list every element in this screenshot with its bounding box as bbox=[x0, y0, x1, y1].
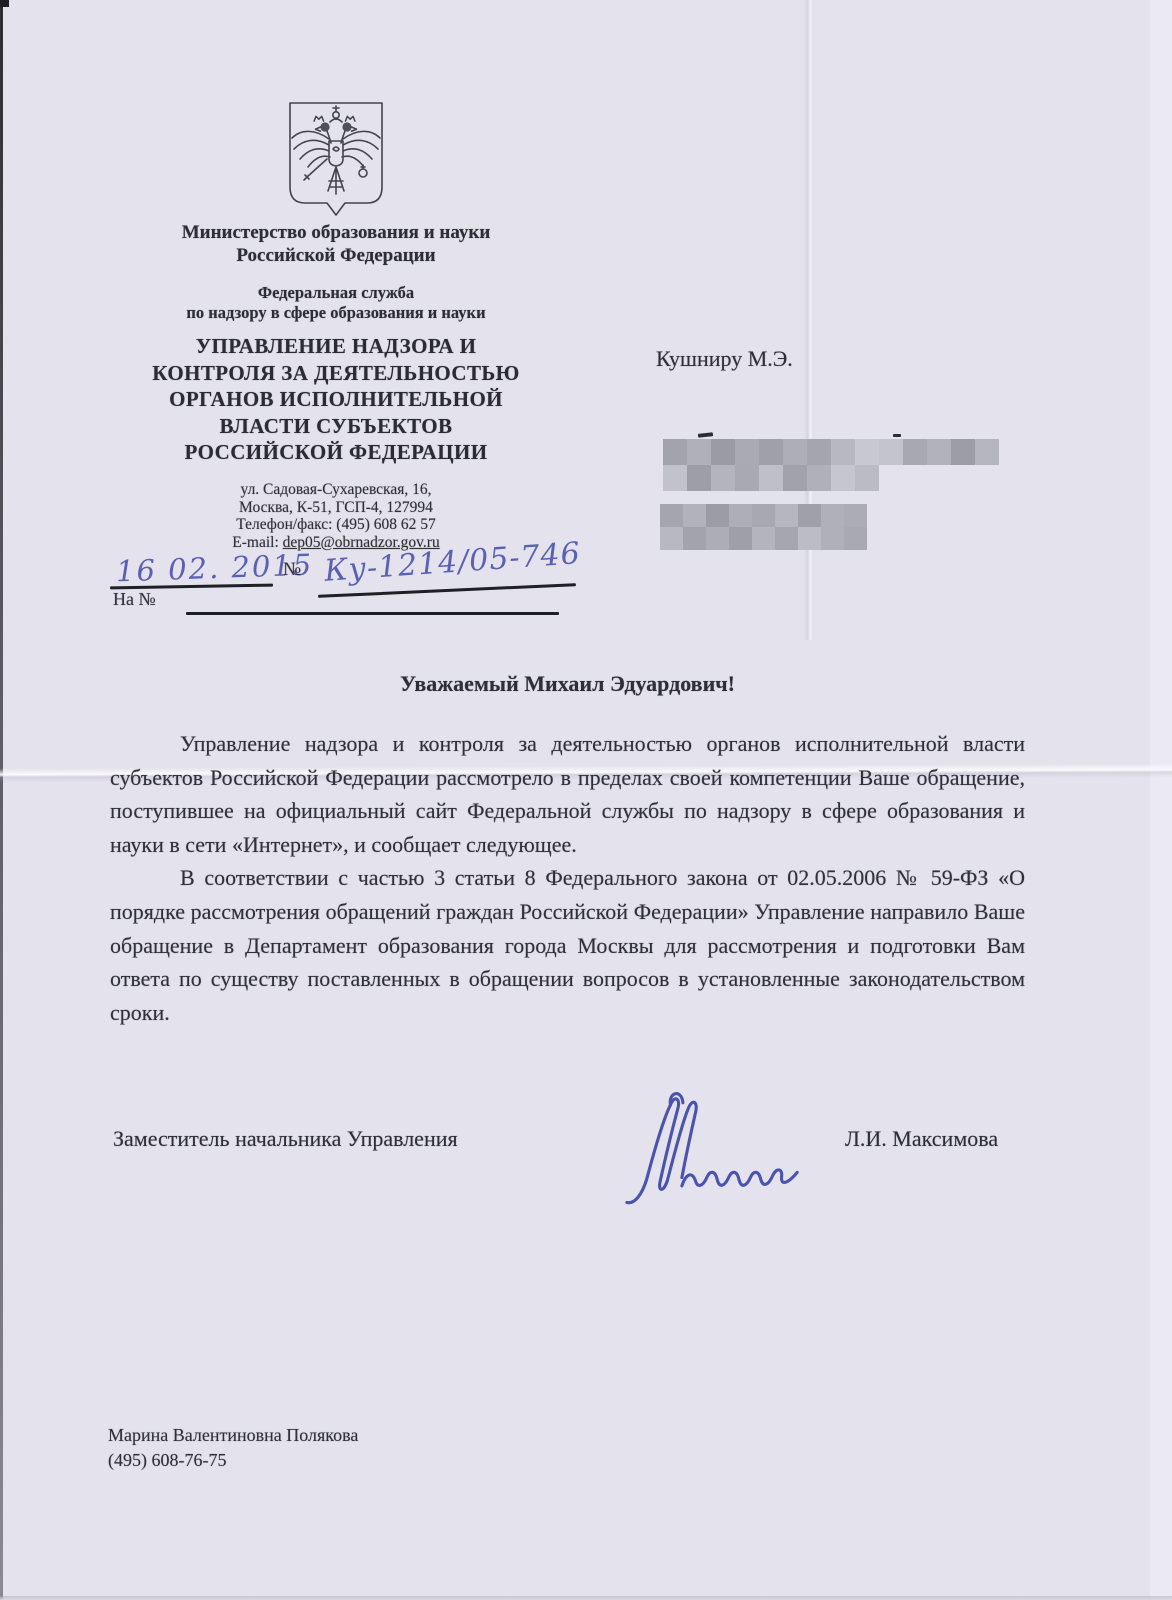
number-sign: № bbox=[283, 559, 301, 581]
executor-contact-block: Марина Валентиновна Полякова (495) 608-7… bbox=[108, 1423, 358, 1473]
federal-service-name: Федеральная служба по надзору в сфере об… bbox=[108, 283, 564, 323]
scanned-letter-page: Министерство образования и науки Российс… bbox=[0, 0, 1172, 1600]
ministry-line-2: Российской Федерации bbox=[108, 244, 564, 267]
service-line-2: по надзору в сфере образования и науки bbox=[108, 303, 564, 323]
handwritten-signature bbox=[612, 1082, 812, 1217]
scan-corner-mark bbox=[0, 0, 9, 7]
redacted-address-block bbox=[663, 439, 999, 491]
division-name: УПРАВЛЕНИЕ НАДЗОРА И КОНТРОЛЯ ЗА ДЕЯТЕЛЬ… bbox=[108, 333, 564, 466]
division-line: РОССИЙСКОЙ ФЕДЕРАЦИИ bbox=[108, 439, 564, 466]
body-paragraph-2: В соответствии с частью 3 статьи 8 Федер… bbox=[110, 861, 1025, 1029]
service-line-1: Федеральная служба bbox=[108, 283, 564, 303]
scan-bottom-edge bbox=[0, 1596, 1172, 1600]
executor-name: Марина Валентиновна Полякова bbox=[108, 1423, 358, 1448]
ministry-name: Министерство образования и науки Российс… bbox=[108, 221, 564, 267]
letterhead-address-block: ул. Садовая-Сухаревская, 16, Москва, К-5… bbox=[108, 481, 564, 551]
reply-to-number-label: На № bbox=[113, 589, 156, 610]
executor-phone: (495) 608-76-75 bbox=[108, 1448, 358, 1473]
redacted-text-fragment bbox=[893, 434, 901, 437]
address-phone: Телефон/факс: (495) 608 62 57 bbox=[108, 516, 564, 534]
recipient-name: Кушниру М.Э. bbox=[656, 346, 793, 372]
scan-right-edge bbox=[1150, 0, 1172, 1600]
signer-title: Заместитель начальника Управления bbox=[113, 1126, 458, 1152]
body-paragraph-1: Управление надзора и контроля за деятель… bbox=[110, 727, 1025, 861]
address-city: Москва, К-51, ГСП-4, 127994 bbox=[108, 499, 564, 517]
ministry-line-1: Министерство образования и науки bbox=[108, 221, 564, 244]
division-line: ВЛАСТИ СУБЪЕКТОВ bbox=[108, 413, 564, 440]
division-line: ОРГАНОВ ИСПОЛНИТЕЛЬНОЙ bbox=[108, 386, 564, 413]
russian-coat-of-arms-icon bbox=[283, 99, 389, 221]
division-line: КОНТРОЛЯ ЗА ДЕЯТЕЛЬНОСТЬЮ bbox=[108, 360, 564, 387]
scan-left-edge bbox=[0, 0, 3, 1600]
letter-body: Управление надзора и контроля за деятель… bbox=[110, 727, 1025, 1029]
signer-name: Л.И. Максимова bbox=[845, 1126, 998, 1152]
division-line: УПРАВЛЕНИЕ НАДЗОРА И bbox=[108, 333, 564, 360]
salutation: Уважаемый Михаил Эдуардович! bbox=[110, 671, 1025, 697]
redacted-text-fragment bbox=[698, 432, 713, 438]
address-street: ул. Садовая-Сухаревская, 16, bbox=[108, 481, 564, 499]
reply-number-rule-line bbox=[186, 612, 559, 615]
redacted-postcode-block bbox=[660, 504, 867, 550]
